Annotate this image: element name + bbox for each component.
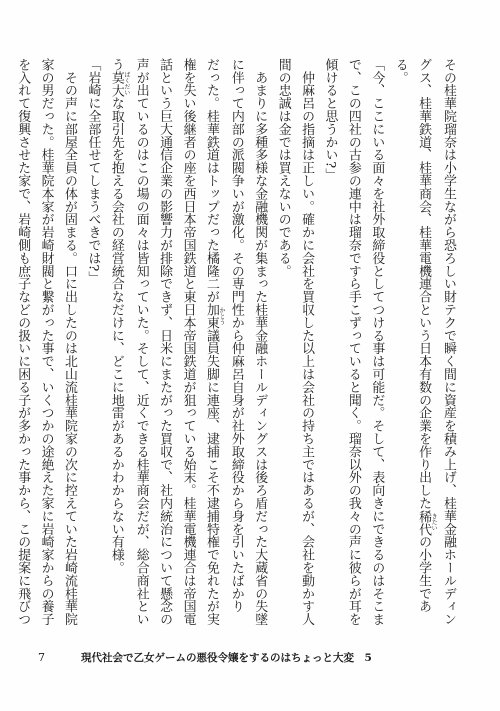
text-line: 間の忠誠は金では買えないのである。 [271, 58, 294, 626]
text-line: 家の男だった。桂華院本家が岩崎財閥と繋がった事で、いくつかの途絶えた家に岩崎家か… [34, 58, 57, 626]
text-line: で、この四社の古参の連中は瑠奈ですら手こずっていると聞く。瑠奈以外の我々の声に彼… [341, 58, 364, 626]
text-line: あまりに多種多様な金融機関が集まった桂華金融ホールディングスは後ろ盾だった大蔵省… [248, 58, 271, 626]
text-line: 仲麻呂の指摘は正しい。確かに会社を買収した以上は会社の持ち主ではあるが、会社を動… [295, 58, 318, 626]
text-line: グス、桂華鉄道、桂華商会、桂華電機連合という日本有数の企業を作り出した稀代きたい… [388, 58, 436, 626]
running-title: 現代社会で乙女ゲームの悪役令嬢をするのはちょっと大変 5 [81, 650, 372, 665]
text-line: その桂華院瑠奈は小学生ながら恐ろしい財テクで瞬く間に資産を積み上げ、桂華金融ホー… [437, 58, 460, 626]
text-line: 権を失い後継者の座を西日本帝国鉄道と東日本帝国鉄道が狙っている始末。桂華電機連合… [176, 58, 199, 626]
furigana-ruby: 稀代きたい [416, 510, 431, 536]
text-line: 話という巨大通信企業の影響力が排除できず、日米にまたがった買収で、社内統治につい… [153, 58, 176, 626]
text-line: う莫大ばくだいな取引先を抱える会社の経営統合なだけに、どこに地雷があるかわからな… [104, 58, 129, 626]
furigana-ruby: 莫大ばくだい [109, 71, 124, 97]
furigana-ruby: 加東かとう [204, 303, 219, 329]
text-line: 傾けると思うかい?」 [318, 58, 341, 626]
vertical-text-block: その桂華院瑠奈は小学生ながら恐ろしい財テクで瞬く間に資産を積み上げ、桂華金融ホー… [11, 58, 460, 626]
text-line: 「岩崎に全部任せてしまうべきでは?」 [81, 58, 104, 626]
page-number: 7 [38, 651, 45, 664]
text-line: その声に部屋全員の体が固まる。口に出したのは北山流桂華院家の次に控えていた岩崎流… [58, 58, 81, 626]
book-page: その桂華院瑠奈は小学生ながら恐ろしい財テクで瞬く間に資産を積み上げ、桂華金融ホー… [0, 0, 500, 711]
text-line: だった。桂華鉄道はトップだった橘隆二が加東かとう議員失脚に連座、逮捕こそ不逮捕特… [200, 58, 225, 626]
text-line: 声が出ているのはこの場の面々は皆知っていた。そして、近くできる桂華商会だが、総合… [129, 58, 152, 626]
text-line: 「今、ここにいる面々を社外取締役としてつける事は可能だ。そして、表向きにできるの… [365, 58, 388, 626]
page-footer: 7 現代社会で乙女ゲームの悪役令嬢をするのはちょっと大変 5 [38, 650, 372, 665]
text-line: に伴って内部の派閥争いが激化。その専門性から仲麻呂自身が社外取締役から身を引いた… [224, 58, 247, 626]
text-line: を入れて復興させた家で、岩崎側も庶子などの扱いに困る子が多かった事から、この提案… [11, 58, 34, 626]
